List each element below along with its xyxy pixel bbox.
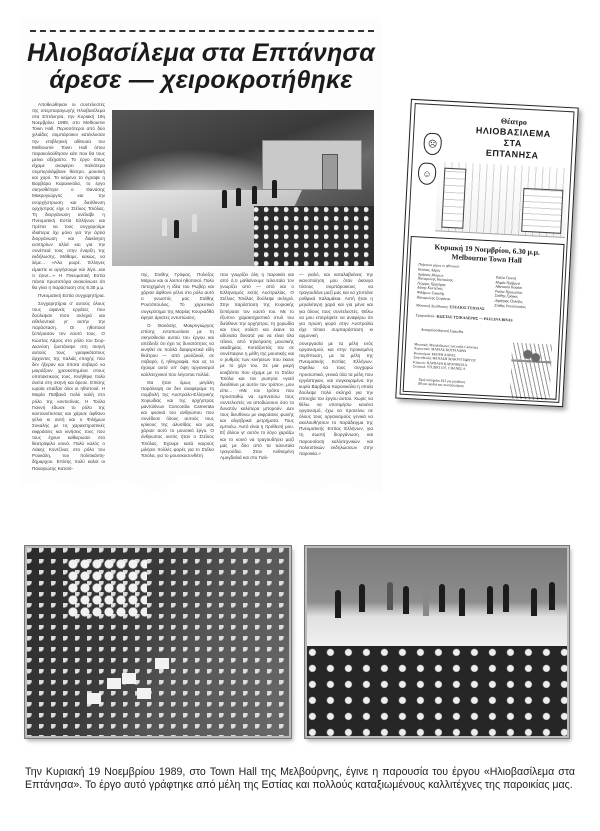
- ticket-price: Τιμή εισιτηρίου $15 για μεγάλους $8 για …: [418, 378, 465, 389]
- sketch-house: [521, 188, 563, 234]
- performer: [192, 214, 197, 232]
- stage-and-orchestra-pit-photo: [305, 546, 569, 738]
- music-sheet: [107, 678, 121, 689]
- article-column-4: — γιαλό, και καταλαβαίνεις την ικανοποίη…: [299, 272, 373, 472]
- actor: [423, 588, 429, 616]
- paragraph: Αποθεώθηκαν οι συντελεστές της υπερπαραγ…: [32, 102, 105, 291]
- cast-list-left: Κώστας Λάρος Χρήστος Μώρων Παναγιώτης Κα…: [416, 267, 453, 301]
- paragraph: Συγχαρητήρια σ' αυτούς όλους τους αφανεί…: [32, 301, 105, 472]
- poster-title: ΗΛΙΟΒΑΣΙΛΕΜΑ ΣΤΑ ΕΠΤΑΝΗΣΑ: [449, 124, 577, 164]
- comedy-mask-icon: ☺: [418, 162, 437, 185]
- music-sheet: [122, 673, 136, 684]
- stage-area: [307, 548, 567, 646]
- photo-caption: Την Κυριακή 19 Νοεμβρίου 1989, στο Town …: [25, 766, 575, 792]
- singers-credit: Τραγουδούν: ΚΩΣΤΑΣ ΤΣΙΚΑΔΕΡΗΣ — PAULINA …: [416, 313, 513, 322]
- event-poster: ☹ ☺ Θέατρο ΗΛΙΟΒΑΣΙΛΕΜΑ ΣΤΑ ΕΠΤΑΝΗΣΑ Κυρ…: [395, 99, 578, 407]
- performer: [236, 188, 241, 206]
- actor: [531, 588, 537, 616]
- choir-members: [67, 558, 147, 618]
- stage-performance-photo: [112, 110, 374, 266]
- credit-value: ΚΩΣΤΑΣ ΤΣΙΚΑΔΕΡΗΣ — PAULINA BISAS: [436, 314, 512, 322]
- poster-title-line: ΕΠΤΑΝΗΣΑ: [486, 148, 539, 161]
- credit-value: ΣΤΕΛΙΟΣ ΤΣΙΟΛΑΣ: [449, 305, 484, 311]
- poster-details-box: Κυριακή 19 Νοεμβρίου, 6.30 μ.μ. Melbourn…: [403, 236, 565, 400]
- performer: [162, 218, 167, 236]
- paragraph: Πνευματική Εστία συγχαρητήρια.: [32, 293, 105, 299]
- village-sketch-illustration: [435, 161, 568, 238]
- orchestra-pit: [254, 206, 374, 266]
- headline-line-2: άρεσε — χειροκροτήθηκε: [49, 66, 352, 94]
- dancers-illustration: [509, 342, 552, 400]
- stage-set: [262, 140, 362, 190]
- choir-credit: Αυστραλοελληνική Χορωδία.: [421, 328, 464, 334]
- music-sheet: [137, 688, 151, 699]
- sketch-house: [441, 168, 466, 229]
- performer: [174, 220, 179, 238]
- music-sheet: [87, 693, 101, 704]
- actor: [487, 586, 493, 614]
- actor: [359, 584, 365, 612]
- music-sheet: [155, 658, 169, 669]
- actor: [459, 588, 465, 616]
- orchestra-pit: [307, 646, 567, 736]
- cast-member: Στάθης Ρουτόπουλος: [494, 303, 526, 309]
- article-headline: Ηλιοβασίλεμα στα Επτάνησα άρεσε — χειροκ…: [20, 40, 382, 94]
- price-line: $8 για παιδιά και συνταξιούχους: [418, 382, 465, 389]
- cast-list-right: Τούλα Γιαννή Μαρία Παϊβανά Αθανασία Κοφί…: [494, 275, 527, 309]
- performer: [222, 190, 227, 208]
- credit-label: Τραγουδούν:: [416, 313, 436, 318]
- article-column-1: Αποθεώθηκαν οι συντελεστές της υπερπαραγ…: [32, 102, 105, 498]
- headline-line-1: Ηλιοβασίλεμα στα Επτάνησα: [27, 39, 375, 67]
- actor: [387, 582, 393, 610]
- actor: [549, 582, 555, 610]
- dashed-rule: [30, 30, 374, 32]
- article-column-3: που γνωρίζει όλη η παροικία και από ό,τι…: [220, 272, 294, 492]
- paragraph: της, Σταθης Γρόφας, Πολύζος Μάρων και οι…: [141, 272, 214, 321]
- actor: [503, 584, 509, 612]
- paragraph: Ο Θανάσης Μακρυγιώργος επίσης εντυπωσίασ…: [141, 323, 214, 378]
- paragraph: Θα ήταν όμως μεγάλη παράλειψη αν δεν ανα…: [141, 380, 214, 459]
- performer: [252, 186, 257, 204]
- cast-member: Παναγιώτης Στεφάνου: [416, 295, 452, 301]
- newspaper-clipping: Ηλιοβασίλεμα στα Επτάνησα άρεσε — χειροκ…: [20, 18, 382, 508]
- performer: [272, 180, 277, 198]
- paragraph: συνεργασία με τα μέλη ενός οργανισμού, κ…: [299, 341, 373, 457]
- actor: [439, 584, 445, 612]
- tragedy-mask-icon: ☹: [423, 133, 442, 156]
- credit-label: Μουσική Διεύθυνση:: [416, 303, 448, 309]
- actor: [335, 590, 341, 618]
- orchestra-and-audience-photo: [25, 546, 291, 738]
- paragraph: που γνωρίζει όλη η παροικία και από ό,τι…: [220, 272, 294, 461]
- article-column-2: της, Σταθης Γρόφας, Πολύζος Μάρων και οι…: [141, 272, 214, 492]
- music-direction-credit: Μουσική Διεύθυνση: ΣΤΕΛΙΟΣ ΤΣΙΟΛΑΣ: [416, 303, 485, 311]
- crew-list: Μουσική: Mandolinata Concordia Camerata …: [413, 342, 478, 372]
- poster-title-line: ΣΤΑ: [503, 138, 522, 149]
- stage-door: [322, 154, 338, 190]
- actor: [403, 586, 409, 614]
- paragraph: — γιαλό, και καταλαβαίνεις την ικανοποίη…: [299, 272, 373, 339]
